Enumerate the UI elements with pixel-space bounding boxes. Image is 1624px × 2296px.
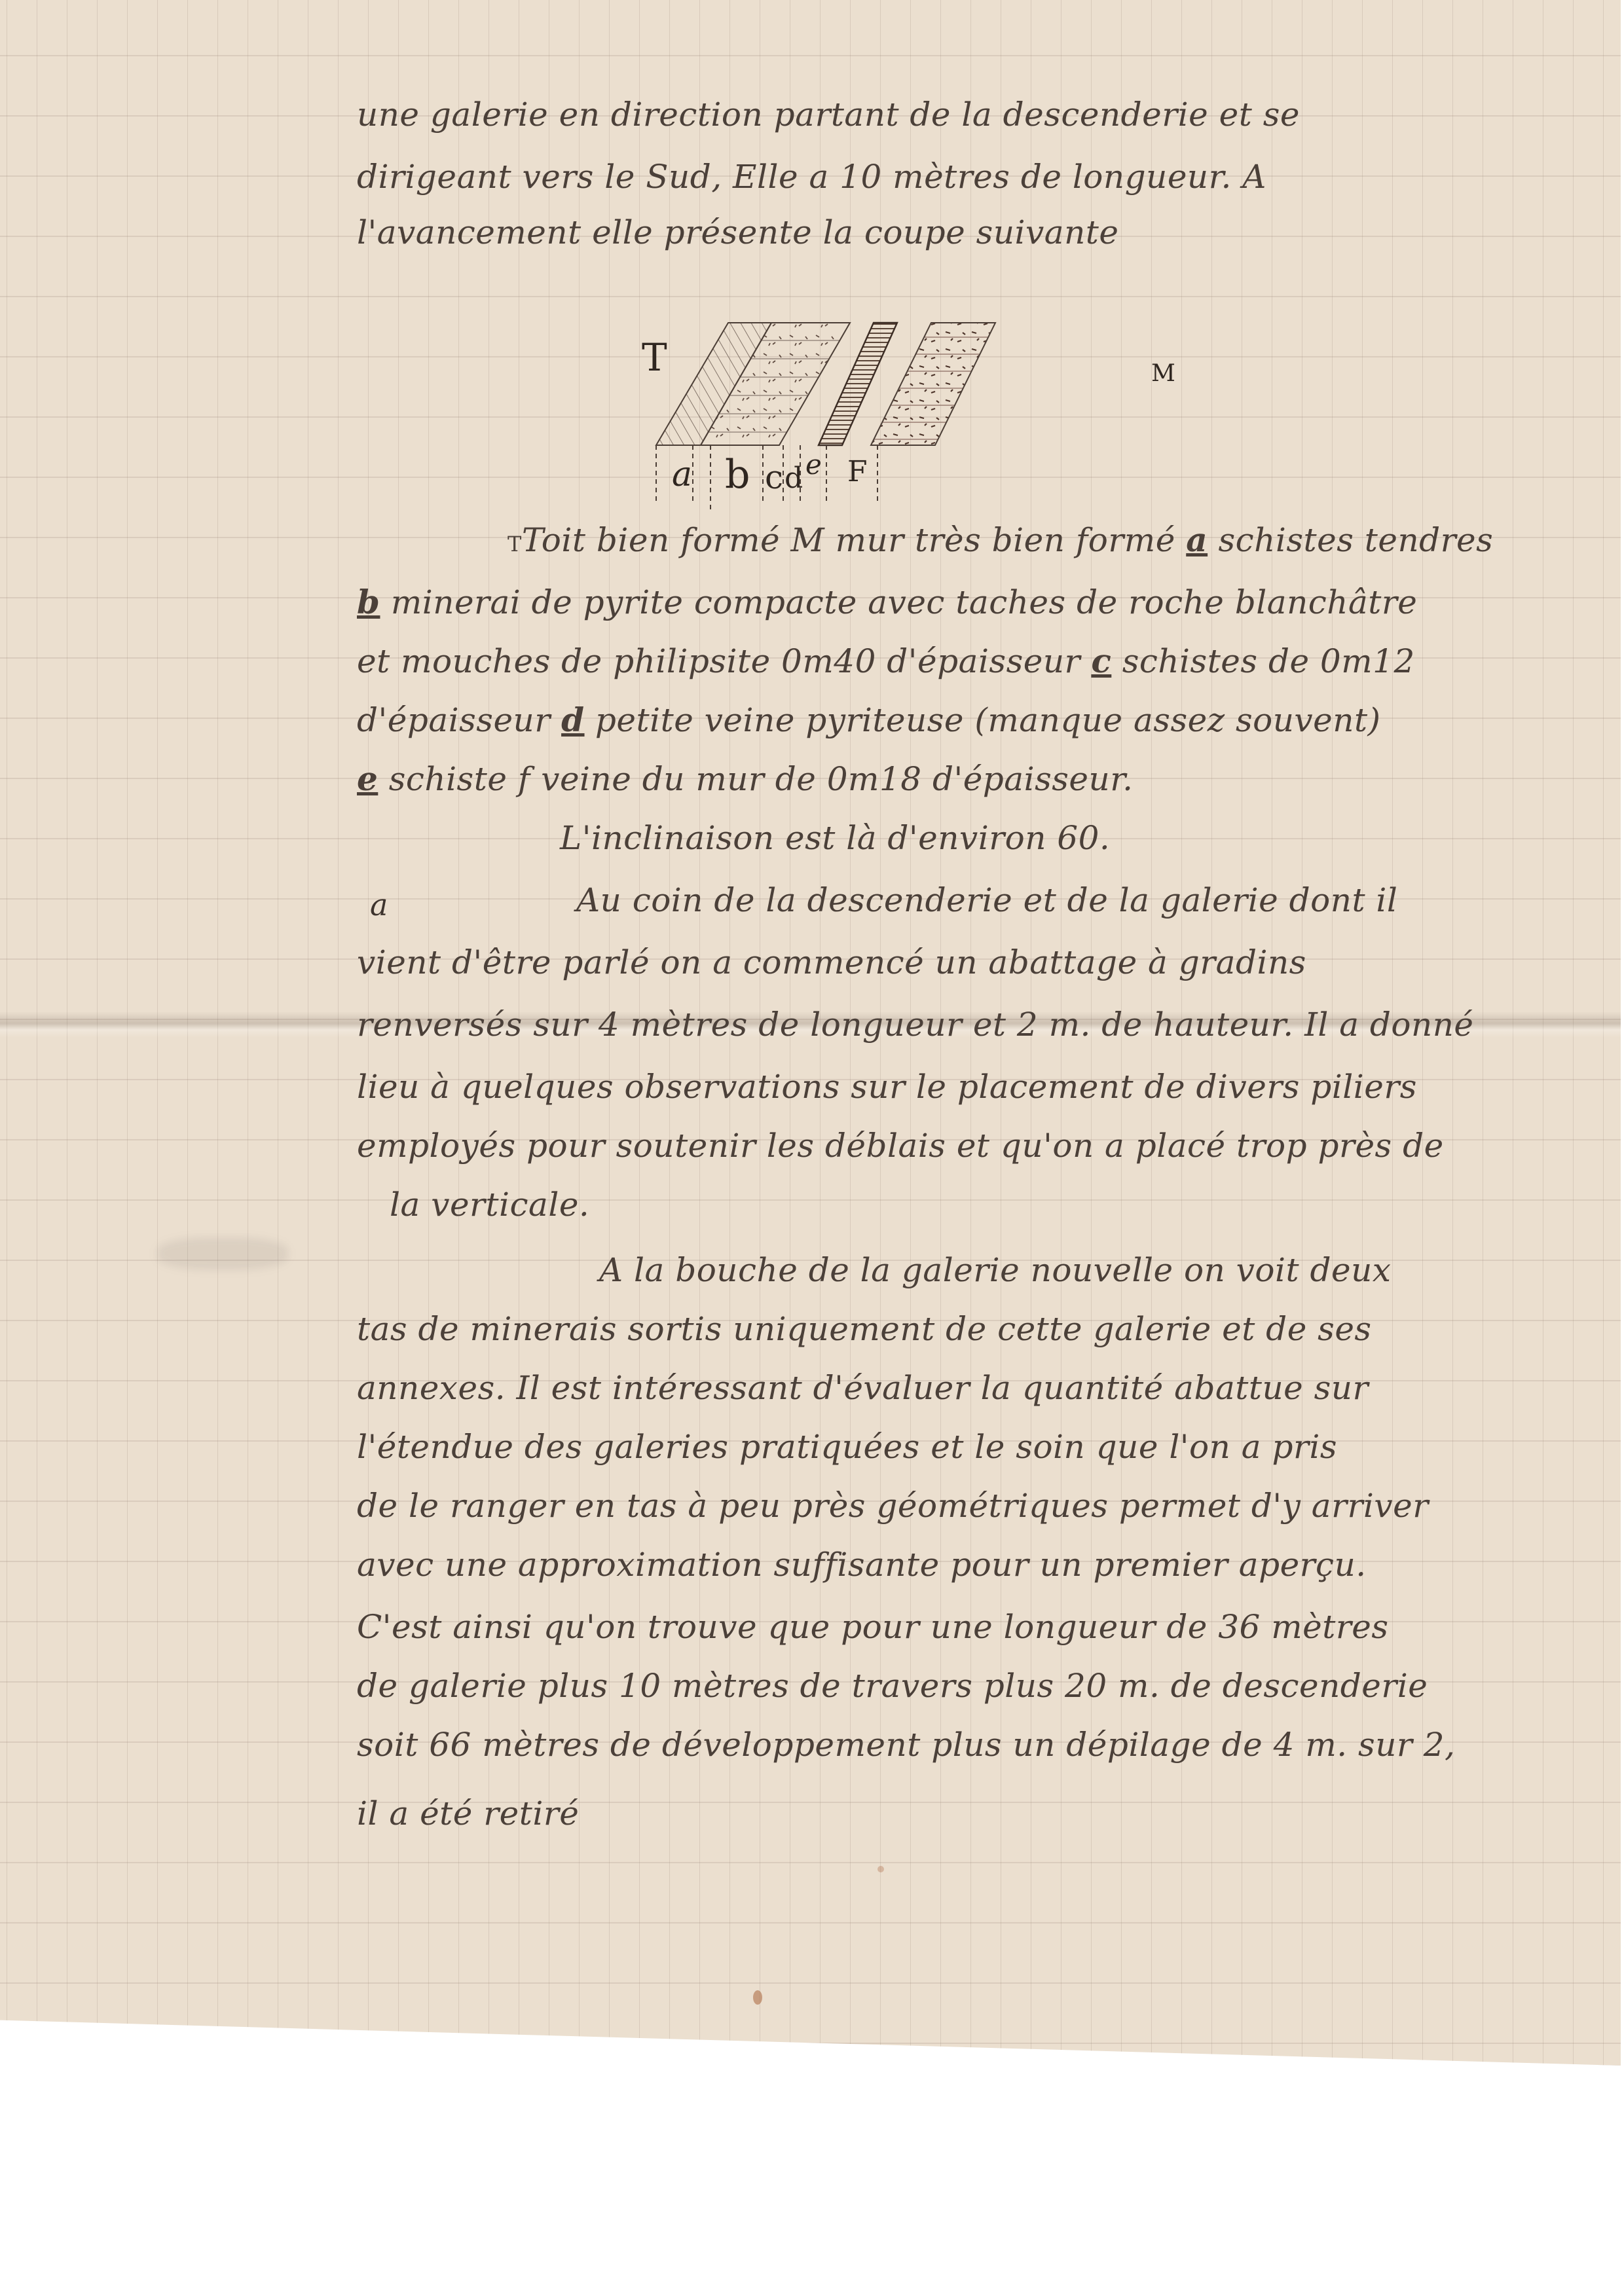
legend-rest: schistes de 0m12 (1111, 642, 1414, 680)
ink-stain (877, 1866, 884, 1872)
text-line: tas de minerais sortis uniquement de cet… (357, 1313, 1372, 1345)
text-line: l'avancement elle présente la coupe suiv… (357, 216, 1118, 249)
text-line: la verticale. (390, 1188, 589, 1221)
legend-prefix: T (507, 532, 522, 556)
label-layer-b: b (725, 452, 750, 498)
text-line: l'étendue des galeries pratiquées et le … (357, 1430, 1337, 1463)
label-layer-e: e (805, 448, 822, 481)
pencil-smudge (157, 1237, 288, 1270)
legend-key: b (357, 583, 380, 621)
legend-rest: schiste f veine du mur de 0m18 d'épaisse… (378, 760, 1133, 798)
strata-sketch (629, 295, 1192, 537)
text-line: employés pour soutenir les déblais et qu… (357, 1129, 1444, 1162)
legend-text: d'épaisseur (357, 701, 561, 739)
text-line: dirigeant vers le Sud, Elle a 10 mètres … (357, 160, 1266, 193)
label-layer-c: c (765, 458, 783, 496)
legend-key: d (561, 701, 584, 739)
text-line: C'est ainsi qu'on trouve que pour une lo… (357, 1611, 1389, 1643)
text-line: renversés sur 4 mètres de longueur et 2 … (357, 1008, 1474, 1041)
legend-rest: petite veine pyriteuse (manque assez sou… (585, 701, 1381, 739)
text-line: de galerie plus 10 mètres de travers plu… (357, 1669, 1428, 1702)
text-line: annexes. Il est intéressant d'évaluer la… (357, 1372, 1369, 1404)
text-line: lieu à quelques observations sur le plac… (357, 1070, 1417, 1103)
legend-key: a (1186, 520, 1208, 559)
legend-text: Toit bien formé M mur très bien formé (522, 521, 1186, 559)
text-line: Au coin de la descenderie et de la galer… (576, 884, 1397, 917)
text-line: de le ranger en tas à peu près géométriq… (357, 1489, 1429, 1522)
legend-rest: schistes tendres (1208, 521, 1493, 559)
legend-line: TToit bien formé M mur très bien formé a… (507, 524, 1493, 556)
inclination-note: L'inclinaison est là d'environ 60. (560, 822, 1110, 854)
margin-mark: a (370, 887, 388, 922)
legend-line: et mouches de philipsite 0m40 d'épaisseu… (357, 645, 1415, 678)
text-line: vient d'être parlé on a commencé un abat… (357, 946, 1306, 979)
legend-line: e schiste f veine du mur de 0m18 d'épais… (357, 763, 1134, 795)
label-layer-f: F (847, 455, 868, 488)
label-layer-a: a (672, 455, 692, 494)
text-line: une galerie en direction partant de la d… (357, 98, 1300, 131)
text-line: A la bouche de la galerie nouvelle on vo… (599, 1254, 1392, 1286)
text-line: avec une approximation suffisante pour u… (357, 1548, 1367, 1581)
ink-stain (753, 1990, 762, 2005)
geological-cross-section-diagram: T M a b c d e F (629, 295, 1192, 537)
label-mur: M (1151, 360, 1175, 387)
legend-line: b minerai de pyrite compacte avec taches… (357, 586, 1417, 619)
legend-rest: minerai de pyrite compacte avec taches d… (380, 583, 1417, 621)
legend-key: e (357, 759, 378, 798)
label-layer-d: d (784, 462, 803, 495)
text-line: il a été retiré (357, 1797, 579, 1830)
legend-line: d'épaisseur d petite veine pyriteuse (ma… (357, 704, 1381, 737)
legend-text: et mouches de philipsite 0m40 d'épaisseu… (357, 642, 1091, 680)
legend-key: c (1091, 642, 1111, 680)
label-toit: T (642, 335, 667, 380)
text-line: soit 66 mètres de développement plus un … (357, 1728, 1455, 1761)
